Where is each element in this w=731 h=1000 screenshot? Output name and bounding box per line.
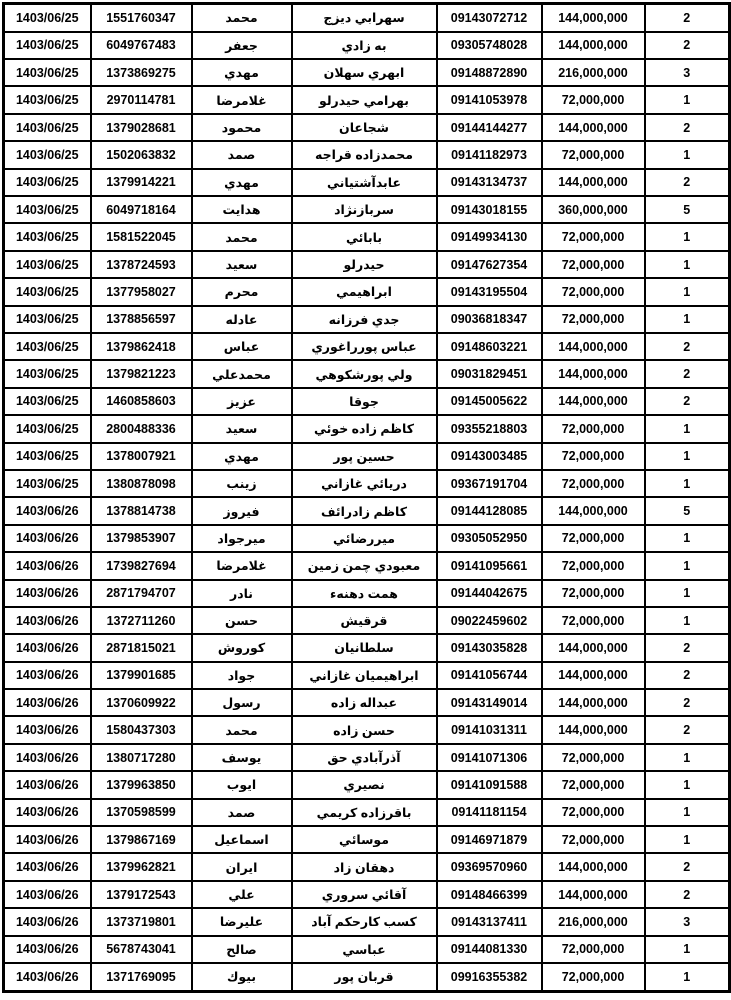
cell-national-id: 1378814738 bbox=[91, 497, 192, 524]
cell-first-name: محمود bbox=[192, 114, 292, 141]
cell-count: 1 bbox=[645, 744, 730, 771]
table-row: 1403/06/262871794707نادرهمت دهنهء0914404… bbox=[4, 580, 730, 607]
table-row: 1403/06/251378856597عادلهجدي فرزانه09036… bbox=[4, 306, 730, 333]
table-row: 1403/06/251460858603عزيزجوقا091450056221… bbox=[4, 388, 730, 415]
cell-count: 2 bbox=[645, 169, 730, 196]
cell-amount: 72,000,000 bbox=[542, 141, 645, 168]
cell-date: 1403/06/25 bbox=[4, 86, 91, 113]
table-row: 1403/06/261580437303محمدحسن زاده09141031… bbox=[4, 716, 730, 743]
records-table-body: 1403/06/251551760347محمدسهرابي ديزج09143… bbox=[4, 4, 730, 992]
cell-last-name: همت دهنهء bbox=[292, 580, 437, 607]
cell-amount: 72,000,000 bbox=[542, 826, 645, 853]
cell-phone: 09036818347 bbox=[437, 306, 542, 333]
cell-amount: 72,000,000 bbox=[542, 415, 645, 442]
cell-last-name: جدي فرزانه bbox=[292, 306, 437, 333]
cell-first-name: عباس bbox=[192, 333, 292, 360]
cell-count: 1 bbox=[645, 415, 730, 442]
cell-last-name: موسائي bbox=[292, 826, 437, 853]
cell-amount: 144,000,000 bbox=[542, 634, 645, 661]
table-row: 1403/06/261378814738فيروزكاظم زادرائف091… bbox=[4, 497, 730, 524]
cell-first-name: صالح bbox=[192, 936, 292, 963]
cell-date: 1403/06/25 bbox=[4, 333, 91, 360]
cell-first-name: محمد bbox=[192, 4, 292, 32]
cell-phone: 09141031311 bbox=[437, 716, 542, 743]
cell-first-name: سعيد bbox=[192, 415, 292, 442]
cell-first-name: هدايت bbox=[192, 196, 292, 223]
cell-count: 1 bbox=[645, 552, 730, 579]
cell-phone: 09146971879 bbox=[437, 826, 542, 853]
cell-phone: 09141181154 bbox=[437, 799, 542, 826]
cell-national-id: 1580437303 bbox=[91, 716, 192, 743]
cell-last-name: كسب كارحكم آباد bbox=[292, 908, 437, 935]
cell-count: 1 bbox=[645, 771, 730, 798]
cell-national-id: 1372711260 bbox=[91, 607, 192, 634]
cell-first-name: محمد bbox=[192, 223, 292, 250]
cell-last-name: عباسي bbox=[292, 936, 437, 963]
cell-last-name: ابراهيمي bbox=[292, 278, 437, 305]
cell-count: 1 bbox=[645, 223, 730, 250]
cell-count: 2 bbox=[645, 4, 730, 32]
table-row: 1403/06/251379914221مهديعابدآشتياني09143… bbox=[4, 169, 730, 196]
cell-national-id: 2970114781 bbox=[91, 86, 192, 113]
cell-phone: 09149934130 bbox=[437, 223, 542, 250]
cell-date: 1403/06/25 bbox=[4, 360, 91, 387]
table-row: 1403/06/261379867169اسماعيلموسائي0914697… bbox=[4, 826, 730, 853]
cell-date: 1403/06/26 bbox=[4, 634, 91, 661]
cell-amount: 144,000,000 bbox=[542, 169, 645, 196]
cell-last-name: سلطانيان bbox=[292, 634, 437, 661]
cell-first-name: غلامرضا bbox=[192, 86, 292, 113]
table-row: 1403/06/251377958027محرمابراهيمي09143195… bbox=[4, 278, 730, 305]
cell-count: 3 bbox=[645, 908, 730, 935]
cell-phone: 09143018155 bbox=[437, 196, 542, 223]
cell-last-name: سربازنژاد bbox=[292, 196, 437, 223]
cell-phone: 09143195504 bbox=[437, 278, 542, 305]
cell-count: 2 bbox=[645, 114, 730, 141]
cell-date: 1403/06/26 bbox=[4, 881, 91, 908]
cell-national-id: 6049767483 bbox=[91, 32, 192, 59]
cell-amount: 216,000,000 bbox=[542, 908, 645, 935]
cell-national-id: 2800488336 bbox=[91, 415, 192, 442]
table-row: 1403/06/251379862418عباسعباس پورراغوري09… bbox=[4, 333, 730, 360]
cell-national-id: 1581522045 bbox=[91, 223, 192, 250]
cell-national-id: 1379862418 bbox=[91, 333, 192, 360]
table-row: 1403/06/256049718164هدايتسربازنژاد091430… bbox=[4, 196, 730, 223]
cell-count: 2 bbox=[645, 881, 730, 908]
table-row: 1403/06/262871815021كوروشسلطانيان0914303… bbox=[4, 634, 730, 661]
table-row: 1403/06/251378007921مهديحسين پور09143003… bbox=[4, 443, 730, 470]
cell-amount: 72,000,000 bbox=[542, 799, 645, 826]
cell-phone: 09031829451 bbox=[437, 360, 542, 387]
cell-first-name: اسماعيل bbox=[192, 826, 292, 853]
cell-national-id: 1371769095 bbox=[91, 963, 192, 992]
cell-last-name: كاظم زاده خوئي bbox=[292, 415, 437, 442]
cell-phone: 09144128085 bbox=[437, 497, 542, 524]
cell-first-name: جواد bbox=[192, 662, 292, 689]
cell-date: 1403/06/25 bbox=[4, 141, 91, 168]
cell-count: 5 bbox=[645, 497, 730, 524]
cell-date: 1403/06/25 bbox=[4, 4, 91, 32]
cell-last-name: سهرابي ديزج bbox=[292, 4, 437, 32]
cell-national-id: 1460858603 bbox=[91, 388, 192, 415]
cell-first-name: نادر bbox=[192, 580, 292, 607]
cell-date: 1403/06/26 bbox=[4, 936, 91, 963]
cell-count: 2 bbox=[645, 689, 730, 716]
cell-first-name: علي bbox=[192, 881, 292, 908]
cell-date: 1403/06/26 bbox=[4, 525, 91, 552]
cell-date: 1403/06/25 bbox=[4, 415, 91, 442]
cell-first-name: بيوك bbox=[192, 963, 292, 992]
cell-date: 1403/06/26 bbox=[4, 716, 91, 743]
cell-count: 5 bbox=[645, 196, 730, 223]
cell-national-id: 6049718164 bbox=[91, 196, 192, 223]
cell-last-name: كاظم زادرائف bbox=[292, 497, 437, 524]
table-row: 1403/06/251380878098زينبدريائي غازاني093… bbox=[4, 470, 730, 497]
cell-national-id: 1379901685 bbox=[91, 662, 192, 689]
cell-national-id: 1502063832 bbox=[91, 141, 192, 168]
cell-count: 1 bbox=[645, 799, 730, 826]
cell-amount: 72,000,000 bbox=[542, 470, 645, 497]
cell-amount: 72,000,000 bbox=[542, 223, 645, 250]
cell-date: 1403/06/26 bbox=[4, 771, 91, 798]
cell-last-name: بهرامي حيدرلو bbox=[292, 86, 437, 113]
table-row: 1403/06/252800488336سعيدكاظم زاده خوئي09… bbox=[4, 415, 730, 442]
cell-first-name: محمد bbox=[192, 716, 292, 743]
cell-national-id: 1379962821 bbox=[91, 853, 192, 880]
cell-first-name: صمد bbox=[192, 799, 292, 826]
cell-amount: 72,000,000 bbox=[542, 936, 645, 963]
table-row: 1403/06/261379901685جوادابراهيميان غازان… bbox=[4, 662, 730, 689]
cell-phone: 09141056744 bbox=[437, 662, 542, 689]
cell-phone: 09143134737 bbox=[437, 169, 542, 196]
cell-phone: 09148466399 bbox=[437, 881, 542, 908]
cell-phone: 09144144277 bbox=[437, 114, 542, 141]
cell-count: 2 bbox=[645, 716, 730, 743]
table-row: 1403/06/251373869275مهديابهري سهلان09148… bbox=[4, 59, 730, 86]
cell-phone: 09143149014 bbox=[437, 689, 542, 716]
cell-date: 1403/06/25 bbox=[4, 470, 91, 497]
records-sheet: 1403/06/251551760347محمدسهرابي ديزج09143… bbox=[2, 2, 731, 993]
cell-first-name: فيروز bbox=[192, 497, 292, 524]
cell-national-id: 1378724593 bbox=[91, 251, 192, 278]
cell-last-name: ابهري سهلان bbox=[292, 59, 437, 86]
cell-phone: 09143003485 bbox=[437, 443, 542, 470]
cell-first-name: زينب bbox=[192, 470, 292, 497]
cell-date: 1403/06/25 bbox=[4, 388, 91, 415]
cell-first-name: ايوب bbox=[192, 771, 292, 798]
cell-first-name: سعيد bbox=[192, 251, 292, 278]
records-table: 1403/06/251551760347محمدسهرابي ديزج09143… bbox=[2, 2, 731, 993]
cell-last-name: به زادي bbox=[292, 32, 437, 59]
cell-first-name: حسن bbox=[192, 607, 292, 634]
table-row: 1403/06/261370598599صمدباقرزاده كريمي091… bbox=[4, 799, 730, 826]
cell-amount: 72,000,000 bbox=[542, 771, 645, 798]
cell-count: 1 bbox=[645, 580, 730, 607]
cell-amount: 72,000,000 bbox=[542, 306, 645, 333]
cell-date: 1403/06/26 bbox=[4, 689, 91, 716]
cell-last-name: حسين پور bbox=[292, 443, 437, 470]
cell-count: 1 bbox=[645, 525, 730, 552]
cell-phone: 09141071306 bbox=[437, 744, 542, 771]
table-row: 1403/06/261379172543عليآقائي سروري091484… bbox=[4, 881, 730, 908]
cell-national-id: 1378856597 bbox=[91, 306, 192, 333]
cell-date: 1403/06/26 bbox=[4, 744, 91, 771]
table-row: 1403/06/251502063832صمدمحمدزاده قراجه091… bbox=[4, 141, 730, 168]
cell-amount: 360,000,000 bbox=[542, 196, 645, 223]
cell-date: 1403/06/25 bbox=[4, 59, 91, 86]
cell-date: 1403/06/26 bbox=[4, 853, 91, 880]
cell-national-id: 1370609922 bbox=[91, 689, 192, 716]
cell-last-name: باقرزاده كريمي bbox=[292, 799, 437, 826]
cell-national-id: 1379028681 bbox=[91, 114, 192, 141]
cell-amount: 144,000,000 bbox=[542, 388, 645, 415]
cell-amount: 144,000,000 bbox=[542, 114, 645, 141]
cell-phone: 09305052950 bbox=[437, 525, 542, 552]
cell-national-id: 1551760347 bbox=[91, 4, 192, 32]
cell-count: 1 bbox=[645, 607, 730, 634]
cell-last-name: دريائي غازاني bbox=[292, 470, 437, 497]
cell-date: 1403/06/25 bbox=[4, 251, 91, 278]
cell-first-name: عليرضا bbox=[192, 908, 292, 935]
cell-phone: 09148603221 bbox=[437, 333, 542, 360]
cell-first-name: ميرجواد bbox=[192, 525, 292, 552]
cell-count: 2 bbox=[645, 662, 730, 689]
cell-amount: 72,000,000 bbox=[542, 552, 645, 579]
cell-last-name: ولي پورشكوهي bbox=[292, 360, 437, 387]
cell-national-id: 1379853907 bbox=[91, 525, 192, 552]
cell-amount: 72,000,000 bbox=[542, 525, 645, 552]
cell-phone: 09141182973 bbox=[437, 141, 542, 168]
cell-date: 1403/06/26 bbox=[4, 826, 91, 853]
cell-national-id: 1370598599 bbox=[91, 799, 192, 826]
cell-amount: 72,000,000 bbox=[542, 86, 645, 113]
cell-phone: 09141091588 bbox=[437, 771, 542, 798]
cell-first-name: غلامرضا bbox=[192, 552, 292, 579]
cell-date: 1403/06/25 bbox=[4, 32, 91, 59]
cell-last-name: عباس پورراغوري bbox=[292, 333, 437, 360]
table-row: 1403/06/261379963850ايوبنصيري09141091588… bbox=[4, 771, 730, 798]
cell-date: 1403/06/26 bbox=[4, 662, 91, 689]
cell-count: 2 bbox=[645, 333, 730, 360]
cell-date: 1403/06/26 bbox=[4, 552, 91, 579]
cell-count: 1 bbox=[645, 86, 730, 113]
cell-phone: 09147627354 bbox=[437, 251, 542, 278]
cell-count: 1 bbox=[645, 470, 730, 497]
cell-phone: 09143035828 bbox=[437, 634, 542, 661]
cell-first-name: ايران bbox=[192, 853, 292, 880]
cell-first-name: يوسف bbox=[192, 744, 292, 771]
cell-amount: 72,000,000 bbox=[542, 744, 645, 771]
cell-first-name: صمد bbox=[192, 141, 292, 168]
cell-date: 1403/06/25 bbox=[4, 169, 91, 196]
cell-count: 1 bbox=[645, 278, 730, 305]
table-row: 1403/06/261373719801عليرضاكسب كارحكم آبا… bbox=[4, 908, 730, 935]
cell-first-name: مهدي bbox=[192, 443, 292, 470]
cell-count: 1 bbox=[645, 443, 730, 470]
cell-first-name: جعفر bbox=[192, 32, 292, 59]
cell-last-name: عابدآشتياني bbox=[292, 169, 437, 196]
cell-national-id: 2871794707 bbox=[91, 580, 192, 607]
cell-national-id: 5678743041 bbox=[91, 936, 192, 963]
cell-date: 1403/06/26 bbox=[4, 580, 91, 607]
table-row: 1403/06/261739827694غلامرضامعبودي چمن زم… bbox=[4, 552, 730, 579]
cell-amount: 144,000,000 bbox=[542, 32, 645, 59]
cell-last-name: آقائي سروري bbox=[292, 881, 437, 908]
table-row: 1403/06/261372711260حسنقرقيش090224596027… bbox=[4, 607, 730, 634]
cell-national-id: 1739827694 bbox=[91, 552, 192, 579]
cell-last-name: حسن زاده bbox=[292, 716, 437, 743]
cell-amount: 144,000,000 bbox=[542, 881, 645, 908]
cell-date: 1403/06/26 bbox=[4, 799, 91, 826]
cell-date: 1403/06/25 bbox=[4, 196, 91, 223]
cell-last-name: محمدزاده قراجه bbox=[292, 141, 437, 168]
cell-count: 2 bbox=[645, 388, 730, 415]
cell-phone: 09141095661 bbox=[437, 552, 542, 579]
cell-national-id: 2871815021 bbox=[91, 634, 192, 661]
table-row: 1403/06/261371769095بيوكقربان پور0991635… bbox=[4, 963, 730, 992]
cell-first-name: مهدي bbox=[192, 169, 292, 196]
cell-count: 1 bbox=[645, 963, 730, 992]
cell-last-name: قرقيش bbox=[292, 607, 437, 634]
cell-amount: 72,000,000 bbox=[542, 251, 645, 278]
cell-count: 1 bbox=[645, 826, 730, 853]
cell-last-name: عبداله زاده bbox=[292, 689, 437, 716]
cell-date: 1403/06/25 bbox=[4, 278, 91, 305]
cell-national-id: 1380717280 bbox=[91, 744, 192, 771]
table-row: 1403/06/261380717280يوسفآذرآبادي حق09141… bbox=[4, 744, 730, 771]
cell-phone: 09141053978 bbox=[437, 86, 542, 113]
cell-phone: 09148872890 bbox=[437, 59, 542, 86]
cell-date: 1403/06/26 bbox=[4, 497, 91, 524]
cell-amount: 144,000,000 bbox=[542, 662, 645, 689]
cell-first-name: محرم bbox=[192, 278, 292, 305]
table-row: 1403/06/252970114781غلامرضابهرامي حيدرلو… bbox=[4, 86, 730, 113]
cell-national-id: 1373869275 bbox=[91, 59, 192, 86]
cell-phone: 09367191704 bbox=[437, 470, 542, 497]
cell-count: 2 bbox=[645, 634, 730, 661]
cell-national-id: 1379821223 bbox=[91, 360, 192, 387]
cell-count: 2 bbox=[645, 853, 730, 880]
cell-count: 1 bbox=[645, 936, 730, 963]
table-row: 1403/06/251379821223محمدعليولي پورشكوهي0… bbox=[4, 360, 730, 387]
cell-date: 1403/06/25 bbox=[4, 114, 91, 141]
cell-count: 3 bbox=[645, 59, 730, 86]
cell-count: 1 bbox=[645, 141, 730, 168]
cell-phone: 09143072712 bbox=[437, 4, 542, 32]
cell-amount: 72,000,000 bbox=[542, 580, 645, 607]
table-row: 1403/06/251379028681محمودشجاعان091441442… bbox=[4, 114, 730, 141]
cell-date: 1403/06/25 bbox=[4, 443, 91, 470]
cell-national-id: 1379914221 bbox=[91, 169, 192, 196]
cell-count: 1 bbox=[645, 306, 730, 333]
cell-amount: 144,000,000 bbox=[542, 689, 645, 716]
cell-last-name: ابراهيميان غازاني bbox=[292, 662, 437, 689]
cell-first-name: محمدعلي bbox=[192, 360, 292, 387]
cell-last-name: حيدرلو bbox=[292, 251, 437, 278]
cell-phone: 09145005622 bbox=[437, 388, 542, 415]
cell-national-id: 1373719801 bbox=[91, 908, 192, 935]
table-row: 1403/06/251551760347محمدسهرابي ديزج09143… bbox=[4, 4, 730, 32]
cell-phone: 09916355382 bbox=[437, 963, 542, 992]
cell-last-name: قربان پور bbox=[292, 963, 437, 992]
cell-date: 1403/06/25 bbox=[4, 223, 91, 250]
table-row: 1403/06/261379853907ميرجوادميررضائي09305… bbox=[4, 525, 730, 552]
cell-phone: 09144042675 bbox=[437, 580, 542, 607]
cell-first-name: عادله bbox=[192, 306, 292, 333]
table-row: 1403/06/261379962821ايراندهقان زاد093695… bbox=[4, 853, 730, 880]
cell-amount: 144,000,000 bbox=[542, 333, 645, 360]
cell-last-name: معبودي چمن زمين bbox=[292, 552, 437, 579]
cell-amount: 144,000,000 bbox=[542, 497, 645, 524]
cell-amount: 72,000,000 bbox=[542, 443, 645, 470]
table-row: 1403/06/256049767483جعفربه زادي093057480… bbox=[4, 32, 730, 59]
cell-date: 1403/06/26 bbox=[4, 908, 91, 935]
cell-first-name: مهدي bbox=[192, 59, 292, 86]
cell-first-name: كوروش bbox=[192, 634, 292, 661]
cell-phone: 09369570960 bbox=[437, 853, 542, 880]
cell-amount: 144,000,000 bbox=[542, 360, 645, 387]
cell-phone: 09143137411 bbox=[437, 908, 542, 935]
cell-date: 1403/06/26 bbox=[4, 963, 91, 992]
cell-count: 2 bbox=[645, 360, 730, 387]
table-row: 1403/06/265678743041صالحعباسي09144081330… bbox=[4, 936, 730, 963]
cell-last-name: ميررضائي bbox=[292, 525, 437, 552]
cell-phone: 09355218803 bbox=[437, 415, 542, 442]
cell-amount: 144,000,000 bbox=[542, 853, 645, 880]
table-row: 1403/06/261370609922رسولعبداله زاده09143… bbox=[4, 689, 730, 716]
cell-phone: 09305748028 bbox=[437, 32, 542, 59]
cell-last-name: جوقا bbox=[292, 388, 437, 415]
cell-national-id: 1380878098 bbox=[91, 470, 192, 497]
cell-count: 2 bbox=[645, 32, 730, 59]
cell-national-id: 1379867169 bbox=[91, 826, 192, 853]
cell-phone: 09144081330 bbox=[437, 936, 542, 963]
cell-amount: 216,000,000 bbox=[542, 59, 645, 86]
cell-national-id: 1379963850 bbox=[91, 771, 192, 798]
cell-last-name: دهقان زاد bbox=[292, 853, 437, 880]
cell-amount: 72,000,000 bbox=[542, 963, 645, 992]
table-row: 1403/06/251378724593سعيدحيدرلو0914762735… bbox=[4, 251, 730, 278]
cell-last-name: بابائي bbox=[292, 223, 437, 250]
cell-amount: 72,000,000 bbox=[542, 278, 645, 305]
cell-first-name: عزيز bbox=[192, 388, 292, 415]
cell-count: 1 bbox=[645, 251, 730, 278]
cell-first-name: رسول bbox=[192, 689, 292, 716]
cell-amount: 144,000,000 bbox=[542, 716, 645, 743]
cell-national-id: 1378007921 bbox=[91, 443, 192, 470]
cell-last-name: نصيري bbox=[292, 771, 437, 798]
cell-date: 1403/06/25 bbox=[4, 306, 91, 333]
cell-phone: 09022459602 bbox=[437, 607, 542, 634]
cell-amount: 72,000,000 bbox=[542, 607, 645, 634]
cell-national-id: 1379172543 bbox=[91, 881, 192, 908]
cell-date: 1403/06/26 bbox=[4, 607, 91, 634]
cell-amount: 144,000,000 bbox=[542, 4, 645, 32]
cell-last-name: آذرآبادي حق bbox=[292, 744, 437, 771]
cell-national-id: 1377958027 bbox=[91, 278, 192, 305]
table-row: 1403/06/251581522045محمدبابائي0914993413… bbox=[4, 223, 730, 250]
cell-last-name: شجاعان bbox=[292, 114, 437, 141]
